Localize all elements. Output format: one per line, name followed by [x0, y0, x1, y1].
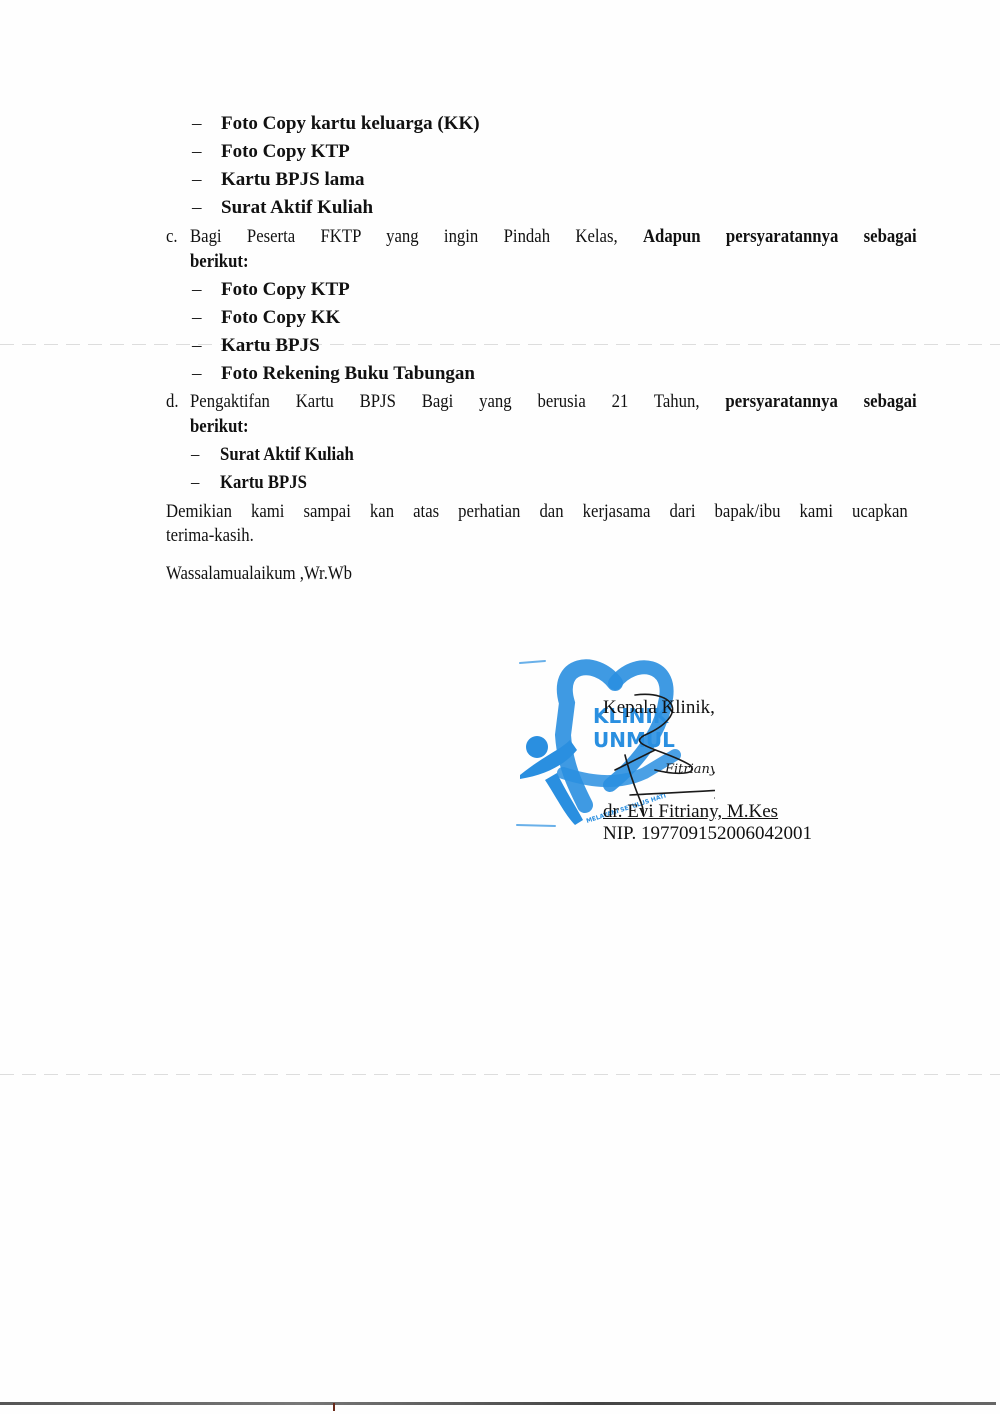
- list-item-text: Kartu BPJS: [221, 334, 320, 358]
- closing-text: Demikian kami sampai kan atas perhatian …: [166, 500, 908, 524]
- bullet-dash: –: [192, 278, 202, 302]
- section-c-continuation: berikut:: [190, 250, 249, 274]
- section-d-heading: Pengaktifan Kartu BPJS Bagi yang berusia…: [190, 390, 908, 414]
- svg-text:Fitriany: Fitriany: [664, 762, 715, 777]
- section-d-text-bold: persyaratannya sebagai: [725, 391, 916, 412]
- closing-paragraph-line1: Demikian kami sampai kan atas perhatian …: [166, 500, 908, 524]
- list-item-text: Foto Copy KK: [221, 306, 340, 330]
- list-item-text: Foto Copy KTP: [221, 140, 350, 164]
- bullet-dash: –: [192, 168, 202, 192]
- section-c-marker: c.: [166, 225, 178, 249]
- page-bottom-edge: [0, 1402, 996, 1405]
- bullet-dash: –: [192, 334, 202, 358]
- list-item-text: Surat Aktif Kuliah: [220, 443, 354, 467]
- section-d-continuation: berikut:: [190, 415, 249, 439]
- list-item-text: Kartu BPJS: [220, 471, 307, 495]
- list-item-text: Foto Copy KTP: [221, 278, 350, 302]
- svg-text:UNMUL: UNMUL: [593, 728, 675, 752]
- bullet-dash: –: [192, 362, 202, 386]
- paper-fold-line: [0, 344, 1000, 345]
- bullet-dash: –: [192, 306, 202, 330]
- section-c-text-bold: Adapun persyaratannya sebagai: [643, 226, 917, 247]
- bullet-dash: –: [191, 443, 199, 467]
- section-d-text: Pengaktifan Kartu BPJS Bagi yang berusia…: [190, 391, 700, 412]
- section-c-text: Bagi Peserta FKTP yang ingin Pindah Kela…: [190, 226, 618, 247]
- signatory-name: dr. Evi Fitriany, M.Kes: [603, 801, 778, 823]
- section-d-marker: d.: [166, 390, 179, 414]
- bullet-dash: –: [192, 140, 202, 164]
- list-item-text: Kartu BPJS lama: [221, 168, 365, 192]
- signature-block: KLINIK UNMUL MELAYANI SETULUS HATI Fitri…: [515, 655, 855, 855]
- document-page: – Foto Copy kartu keluarga (KK) – Foto C…: [0, 0, 1000, 1414]
- section-c-heading: Bagi Peserta FKTP yang ingin Pindah Kela…: [190, 225, 908, 249]
- closing-paragraph-line2: terima-kasih.: [166, 524, 254, 548]
- bullet-dash: –: [192, 196, 202, 220]
- list-item-text: Surat Aktif Kuliah: [221, 196, 373, 220]
- list-item-text: Foto Copy kartu keluarga (KK): [221, 112, 480, 136]
- page-bottom-mark: [333, 1403, 335, 1411]
- paper-fold-line: [0, 1074, 1000, 1075]
- salutation: Wassalamualaikum ,Wr.Wb: [166, 562, 352, 586]
- signature-title: Kepala Klinik,: [603, 697, 715, 719]
- list-item-text: Foto Rekening Buku Tabungan: [221, 362, 475, 386]
- bullet-dash: –: [191, 471, 199, 495]
- signatory-nip: NIP. 197709152006042001: [603, 823, 812, 845]
- bullet-dash: –: [192, 112, 202, 136]
